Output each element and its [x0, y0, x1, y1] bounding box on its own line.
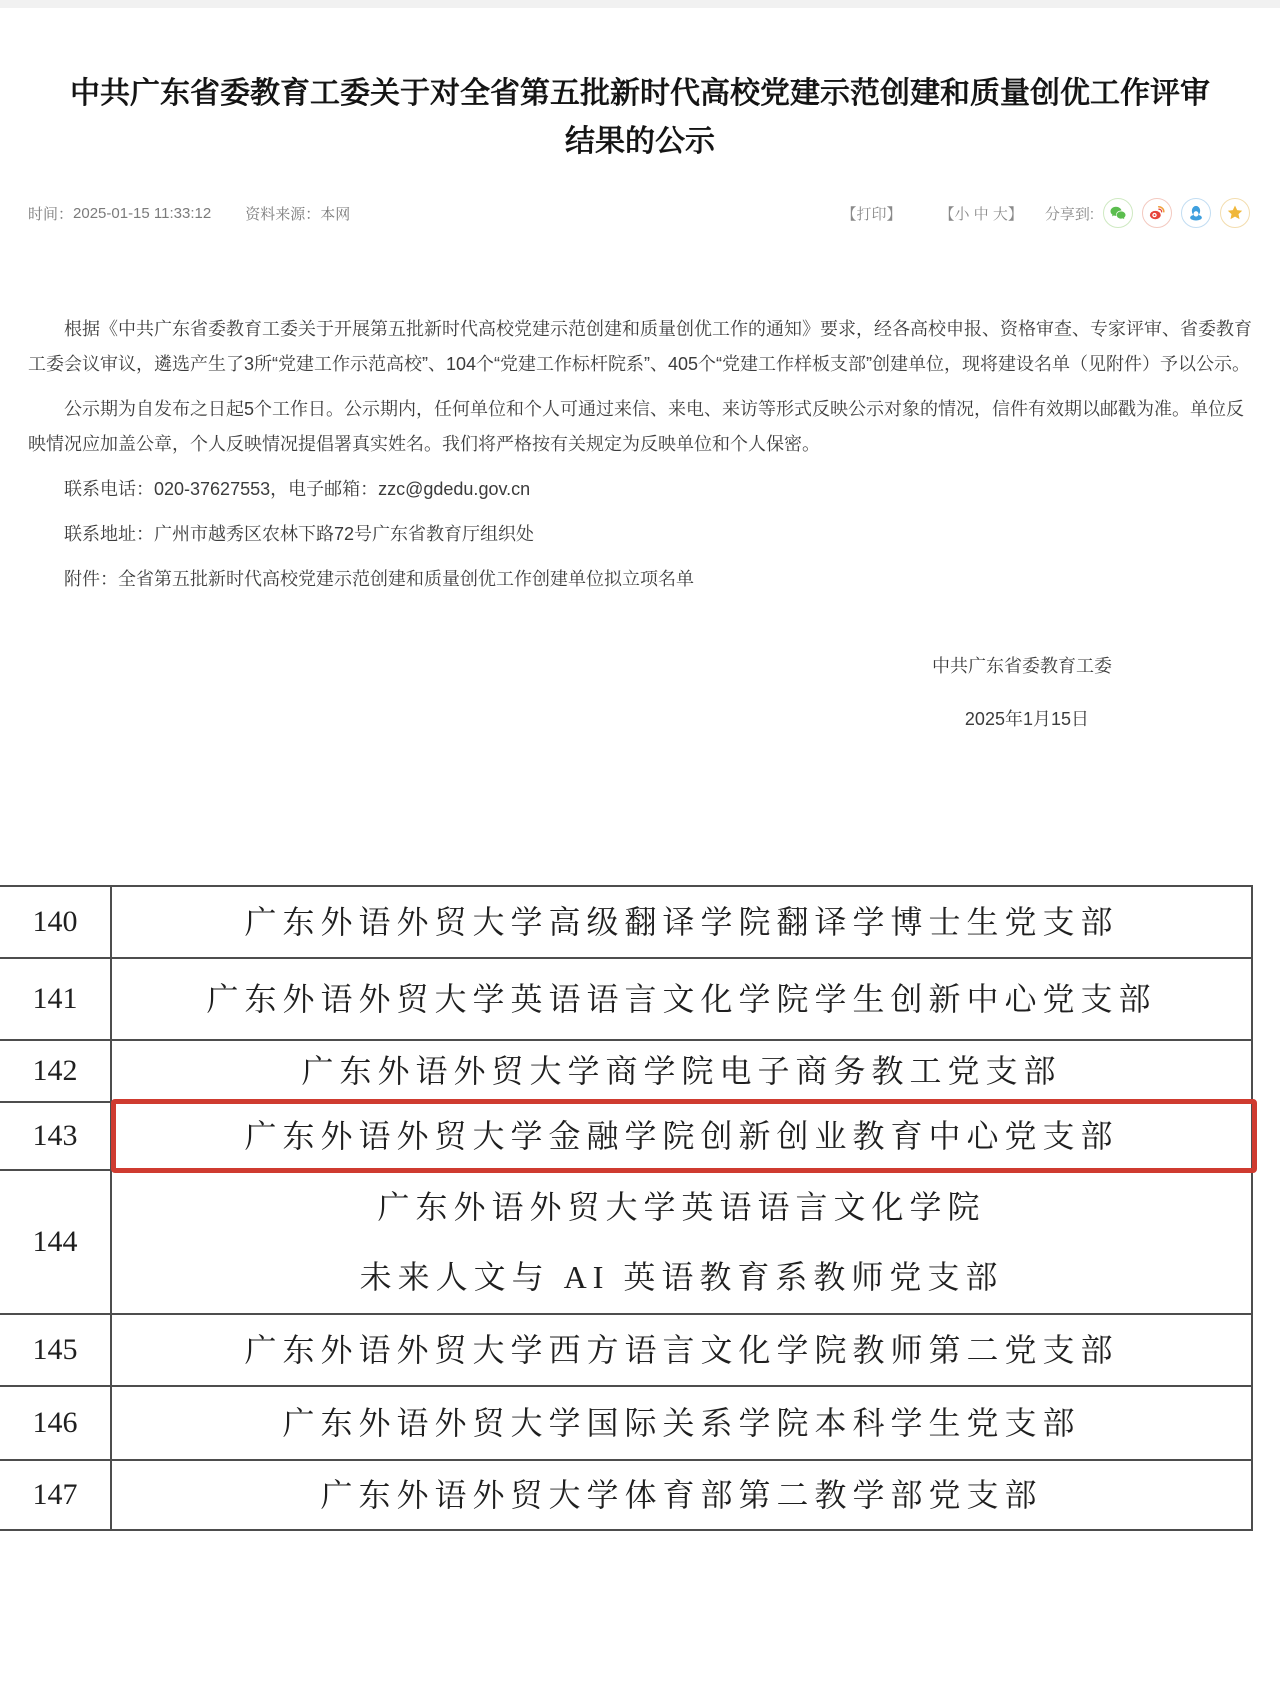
row-name-cell: 广东外语外贸大学西方语言文化学院教师第二党支部: [112, 1315, 1251, 1385]
row-name-cell: 广东外语外贸大学体育部第二教学部党支部: [112, 1461, 1251, 1529]
favorite-star-icon[interactable]: [1220, 198, 1250, 228]
row-name-cell: 广东外语外贸大学英语语言文化学院 未来人文与 AI 英语教育系教师党支部: [112, 1171, 1251, 1313]
table-row: 146 广东外语外贸大学国际关系学院本科学生党支部: [0, 1387, 1251, 1461]
paragraph-publicity-period: 公示期为自发布之日起5个工作日。公示期内，任何单位和个人可通过来信、来电、来访等…: [28, 392, 1252, 462]
source-value: 本网: [320, 203, 350, 224]
table-row-highlighted: 143 广东外语外贸大学金融学院创新创业教育中心党支部: [0, 1103, 1251, 1171]
signature-date: 2025年1月15日: [28, 702, 1252, 737]
table-row: 147 广东外语外贸大学体育部第二教学部党支部: [0, 1461, 1251, 1531]
row-name-cell: 广东外语外贸大学高级翻译学院翻译学博士生党支部: [112, 887, 1251, 957]
contact-address-line: 联系地址：广州市越秀区农林下路72号广东省教育厅组织处: [28, 517, 1252, 552]
row-number-cell: 147: [0, 1461, 112, 1529]
contact-phone-line: 联系电话：020-37627553，电子邮箱：zzc@gdedu.gov.cn: [28, 472, 1252, 507]
table-row: 144 广东外语外贸大学英语语言文化学院 未来人文与 AI 英语教育系教师党支部: [0, 1171, 1251, 1315]
row-name-cell: 广东外语外贸大学英语语言文化学院学生创新中心党支部: [112, 959, 1251, 1039]
table-row: 145 广东外语外贸大学西方语言文化学院教师第二党支部: [0, 1315, 1251, 1387]
signature-org: 中共广东省委教育工委: [28, 649, 1252, 684]
meta-bar: 时间： 2025-01-15 11:33:12 资料来源： 本网 【打印】 【小…: [0, 198, 1280, 228]
qq-share-icon[interactable]: [1181, 198, 1211, 228]
publish-time-value: 2025-01-15 11:33:12: [73, 205, 211, 222]
row-number-cell: 146: [0, 1387, 112, 1459]
article-body: 根据《中共广东省委教育工委关于开展第五批新时代高校党建示范创建和质量创优工作的通…: [0, 312, 1280, 737]
row-name-cell: 广东外语外贸大学国际关系学院本科学生党支部: [112, 1387, 1251, 1459]
page-top-strip: [0, 0, 1280, 8]
row-number-cell: 142: [0, 1041, 112, 1101]
meta-info: 时间： 2025-01-15 11:33:12 资料来源： 本网: [28, 203, 350, 224]
row-number-cell: 143: [0, 1103, 112, 1169]
share-label: 分享到:: [1045, 203, 1094, 224]
row-number-cell: 145: [0, 1315, 112, 1385]
row-name-cell: 广东外语外贸大学金融学院创新创业教育中心党支部: [112, 1103, 1251, 1169]
row-number-cell: 140: [0, 887, 112, 957]
attachment-line: 附件：全省第五批新时代高校党建示范创建和质量创优工作创建单位拟立项名单: [28, 562, 1252, 597]
paragraph-intro: 根据《中共广东省委教育工委关于开展第五批新时代高校党建示范创建和质量创优工作的通…: [28, 312, 1252, 382]
font-size-control[interactable]: 【小 中 大】: [939, 203, 1022, 224]
source-label: 资料来源：: [245, 203, 320, 224]
print-button[interactable]: 【打印】: [841, 203, 901, 224]
table-row: 142 广东外语外贸大学商学院电子商务教工党支部: [0, 1041, 1251, 1103]
table-row: 140 广东外语外贸大学高级翻译学院翻译学博士生党支部: [0, 887, 1251, 959]
row-number-cell: 141: [0, 959, 112, 1039]
publish-time-label: 时间：: [28, 203, 73, 224]
page-title: 中共广东省委教育工委关于对全省第五批新时代高校党建示范创建和质量创优工作评审结果…: [65, 70, 1215, 166]
meta-actions: 【打印】 【小 中 大】 分享到:: [841, 198, 1250, 228]
wechat-share-icon[interactable]: [1103, 198, 1133, 228]
weibo-share-icon[interactable]: [1142, 198, 1172, 228]
results-table: 140 广东外语外贸大学高级翻译学院翻译学博士生党支部 141 广东外语外贸大学…: [0, 885, 1253, 1531]
row-name-cell: 广东外语外贸大学商学院电子商务教工党支部: [112, 1041, 1251, 1101]
row-number-cell: 144: [0, 1171, 112, 1313]
table-row: 141 广东外语外贸大学英语语言文化学院学生创新中心党支部: [0, 959, 1251, 1041]
